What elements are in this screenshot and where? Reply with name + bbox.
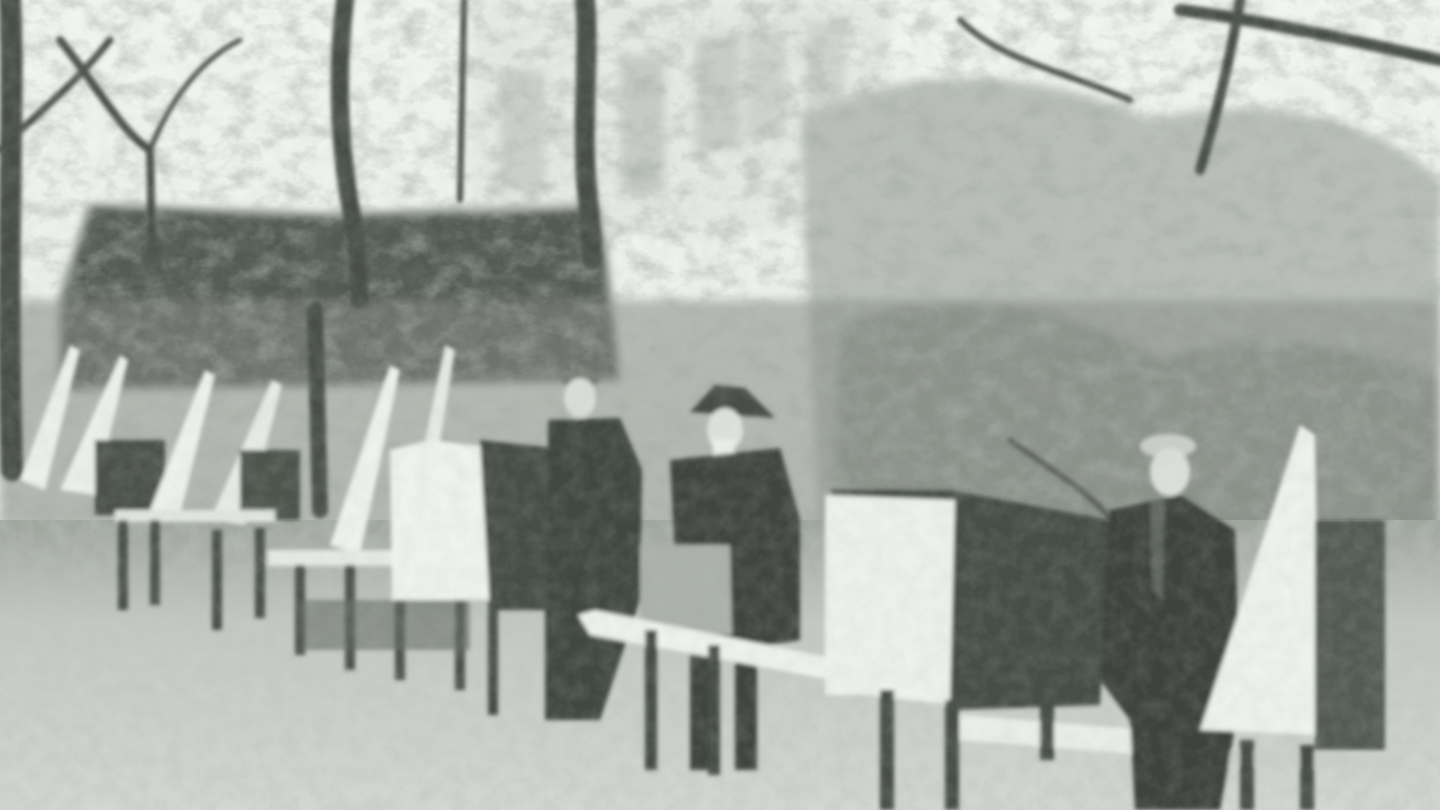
photo-canvas <box>0 0 1440 810</box>
apiary-photograph: Old monochrome photograph of an apiary i… <box>0 0 1440 810</box>
